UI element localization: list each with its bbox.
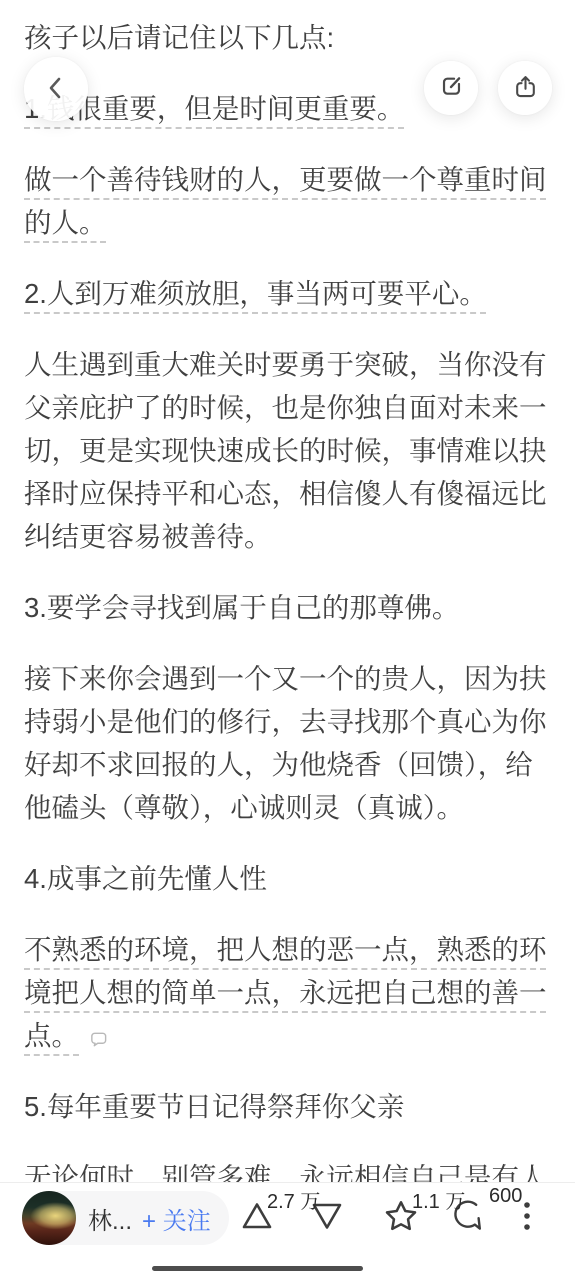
article-paragraph: 人生遇到重大难关时要勇于突破，当你没有 父亲庇护了的时候，也是你独自面对未来一 …	[24, 343, 551, 558]
article-title: 孩子以后请记住以下几点:	[24, 16, 551, 59]
share-button[interactable]	[498, 61, 552, 115]
write-answer-button[interactable]	[424, 61, 478, 115]
downvote-triangle-icon	[308, 1223, 346, 1238]
chevron-left-icon	[42, 74, 70, 105]
star-icon	[381, 1224, 421, 1239]
author-name: 林...	[88, 1201, 132, 1236]
paragraph-text: 孩子以后请记住以下几点:	[24, 22, 334, 53]
paragraph-text: 5.每年重要节日记得祭拜你父亲	[24, 1091, 404, 1122]
back-button[interactable]	[24, 57, 88, 121]
article-paragraph: 不熟悉的环境，把人想的恶一点，熟悉的环 境把人想的简单一点，永远把自己想的善一 …	[24, 928, 551, 1057]
paragraph-comment-icon[interactable]	[89, 1017, 108, 1060]
article-paragraph: 做一个善待钱财的人，更要做一个尊重时间 的人。	[24, 158, 551, 244]
article-paragraph: 2.人到万难须放胆，事当两可要平心。	[24, 272, 551, 315]
article-paragraph: 3.要学会寻找到属于自己的那尊佛。	[24, 586, 551, 629]
comment-count: 600	[489, 1185, 522, 1208]
compose-icon	[438, 73, 465, 103]
paragraph-text: 接下来你会遇到一个又一个的贵人，因为扶 持弱小是他们的修行，去寻找那个真心为你 …	[24, 663, 547, 823]
article-paragraph: 5.每年重要节日记得祭拜你父亲	[24, 1085, 551, 1128]
upvote-count: 2.7 万	[267, 1185, 320, 1214]
article-paragraph: 4.成事之前先懂人性	[24, 857, 551, 900]
bottom-action-bar: 林... + 关注 2.7 万 1.1 万 600	[0, 1182, 575, 1280]
author-avatar[interactable]	[22, 1191, 76, 1245]
article-content: 孩子以后请记住以下几点:1.钱很重要，但是时间更重要。做一个善待钱财的人，更要做…	[24, 0, 551, 1199]
paragraph-text: 4.成事之前先懂人性	[24, 863, 267, 894]
kebab-menu-icon	[522, 1223, 532, 1238]
paragraph-text: 人生遇到重大难关时要勇于突破，当你没有 父亲庇护了的时候，也是你独自面对未来一 …	[24, 349, 547, 552]
follow-button[interactable]: + 关注	[142, 1201, 211, 1236]
comment-bubble-icon	[451, 1223, 489, 1238]
more-options-button[interactable]	[522, 1197, 532, 1238]
article-paragraph: 接下来你会遇到一个又一个的贵人，因为扶 持弱小是他们的修行，去寻找那个真心为你 …	[24, 657, 551, 829]
favorite-count: 1.1 万	[412, 1185, 465, 1214]
author-pill[interactable]: 林... + 关注	[22, 1191, 229, 1245]
share-icon	[512, 73, 539, 103]
answer-screen: 孩子以后请记住以下几点:1.钱很重要，但是时间更重要。做一个善待钱财的人，更要做…	[0, 0, 575, 1280]
home-indicator[interactable]	[152, 1266, 363, 1271]
highlighted-text[interactable]: 2.人到万难须放胆，事当两可要平心。	[24, 278, 487, 309]
paragraph-text: 3.要学会寻找到属于自己的那尊佛。	[24, 592, 459, 623]
upvote-triangle-icon	[238, 1223, 276, 1238]
highlighted-text[interactable]: 做一个善待钱财的人，更要做一个尊重时间 的人。	[24, 164, 547, 238]
